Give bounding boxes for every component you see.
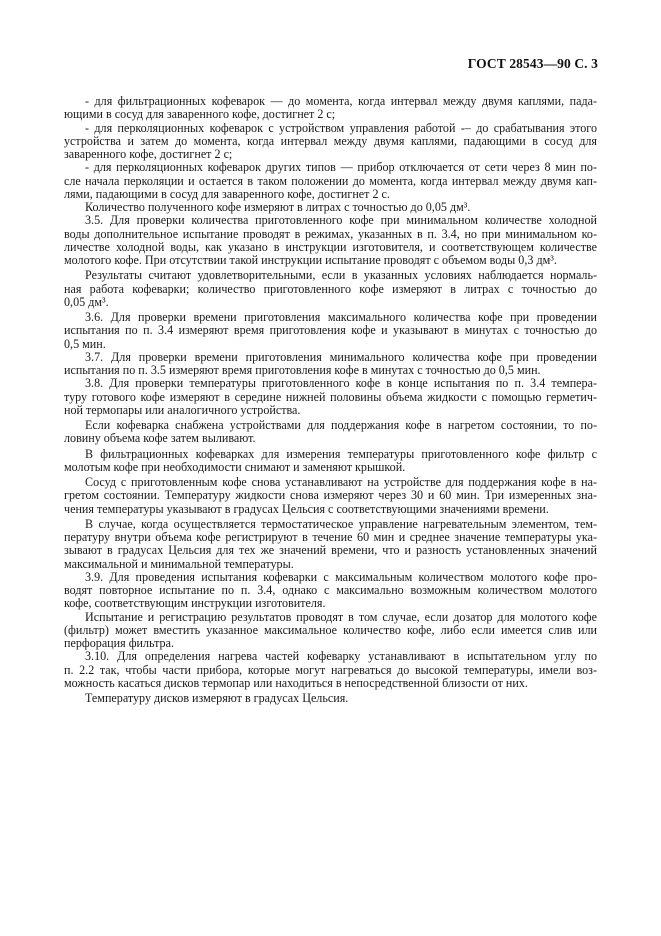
text-line: (фильтр) может вместить указанное максим…: [64, 624, 597, 637]
paragraph-p12: Сосуд с приготовленным кофе снова устана…: [64, 476, 597, 516]
paragraph-p10: Если кофеварка снабжена устройствами для…: [64, 419, 597, 446]
paragraph-p16: 3.10. Для определения нагрева частей коф…: [64, 650, 597, 690]
text-line: лями, падающими в сосуд для заваренного …: [64, 188, 597, 201]
text-line: Сосуд с приготовленным кофе снова устана…: [64, 476, 597, 489]
text-line: ловину объема кофе затем выливают.: [64, 432, 597, 445]
text-line: 3.8. Для проверки температуры приготовле…: [64, 377, 597, 390]
text-line: ющими в сосуд для заваренного кофе, дост…: [64, 108, 597, 121]
text-line: 0,05 дм³.: [64, 296, 597, 309]
text-line: молотым кофе при необходимости снимают и…: [64, 461, 597, 474]
text-line: чения температуры указывают в градусах Ц…: [64, 503, 597, 516]
text-line: - для фильтрационных кофеварок — до моме…: [64, 95, 597, 108]
text-line: водят повторное испытание по п. 3.4, одн…: [64, 584, 597, 597]
text-line: 3.10. Для определения нагрева частей коф…: [64, 650, 597, 663]
text-line: воды дополнительное испытание проводят в…: [64, 228, 597, 241]
text-line: Испытание и регистрацию результатов пров…: [64, 611, 597, 624]
text-line: можность касаться дисков термопар или на…: [64, 677, 597, 690]
paragraph-p9: 3.8. Для проверки температуры приготовле…: [64, 377, 597, 417]
paragraph-p4: Количество полученного кофе измеряют в л…: [64, 201, 597, 214]
text-line: пературу внутри объема кофе регистрируют…: [64, 531, 597, 544]
paragraph-p11: В фильтрационных кофеварках для измерени…: [64, 448, 597, 475]
text-line: В фильтрационных кофеварках для измерени…: [64, 448, 597, 461]
text-line: испытания по п. 3.5 измеряют время приго…: [64, 364, 597, 377]
paragraph-p8: 3.7. Для проверки времени приготовления …: [64, 351, 597, 378]
paragraph-p14: 3.9. Для проведения испытания кофеварки …: [64, 571, 597, 611]
text-line: В случае, когда осуществляется термостат…: [64, 518, 597, 531]
text-line: гретом состоянии. Температуру жидкости с…: [64, 489, 597, 502]
text-line: 3.5. Для проверки количества приготовлен…: [64, 214, 597, 227]
document-page: ГОСТ 28543—90 С. 3 - для фильтрационных …: [0, 0, 661, 936]
text-line: 3.6. Для проверки времени приготовления …: [64, 311, 597, 324]
text-line: перфорация фильтра.: [64, 637, 597, 650]
text-line: кофе, соответствующим инструкции изготов…: [64, 597, 597, 610]
text-line: туру готового кофе измеряют в середине н…: [64, 391, 597, 404]
text-line: сле начала перколяции и остается в таком…: [64, 175, 597, 188]
paragraph-p6: Результаты считают удовлетворительными, …: [64, 269, 597, 309]
text-line: испытания по п. 3.4 измеряют время приго…: [64, 324, 597, 337]
paragraph-p2: - для перколяционных кофеварок с устройс…: [64, 122, 597, 162]
page-header: ГОСТ 28543—90 С. 3: [468, 56, 598, 72]
text-line: ная работа кофеварки; количество пригото…: [64, 283, 597, 296]
document-body: - для фильтрационных кофеварок — до моме…: [64, 95, 597, 705]
text-line: заваренного кофе, достигнет 2 с;: [64, 148, 597, 161]
paragraph-p3: - для перколяционных кофеварок других ти…: [64, 161, 597, 201]
paragraph-p15: Испытание и регистрацию результатов пров…: [64, 611, 597, 651]
text-line: зывают в градусах Цельсия для тех же зна…: [64, 544, 597, 557]
paragraph-p7: 3.6. Для проверки времени приготовления …: [64, 311, 597, 351]
paragraph-p13: В случае, когда осуществляется термостат…: [64, 518, 597, 571]
paragraph-p17: Температуру дисков измеряют в градусах Ц…: [64, 692, 597, 705]
paragraph-p5: 3.5. Для проверки количества приготовлен…: [64, 214, 597, 267]
text-line: п. 2.2 так, чтобы части прибора, которые…: [64, 664, 597, 677]
text-line: Температуру дисков измеряют в градусах Ц…: [64, 692, 597, 705]
text-line: Результаты считают удовлетворительными, …: [64, 269, 597, 282]
text-line: устройства и затем до момента, когда инт…: [64, 135, 597, 148]
text-line: - для перколяционных кофеварок других ти…: [64, 161, 597, 174]
text-line: максимальной и минимальной температуры.: [64, 558, 597, 571]
paragraph-p1: - для фильтрационных кофеварок — до моме…: [64, 95, 597, 122]
text-line: 0,5 мин.: [64, 338, 597, 351]
text-line: 3.7. Для проверки времени приготовления …: [64, 351, 597, 364]
text-line: Если кофеварка снабжена устройствами для…: [64, 419, 597, 432]
text-line: ной термопары или аналогичного устройств…: [64, 404, 597, 417]
text-line: - для перколяционных кофеварок с устройс…: [64, 122, 597, 135]
text-line: 3.9. Для проведения испытания кофеварки …: [64, 571, 597, 584]
text-line: молотого кофе. При отсутствии такой инст…: [64, 254, 597, 267]
text-line: личестве холодной воды, как указано в ин…: [64, 241, 597, 254]
text-line: Количество полученного кофе измеряют в л…: [64, 201, 597, 214]
